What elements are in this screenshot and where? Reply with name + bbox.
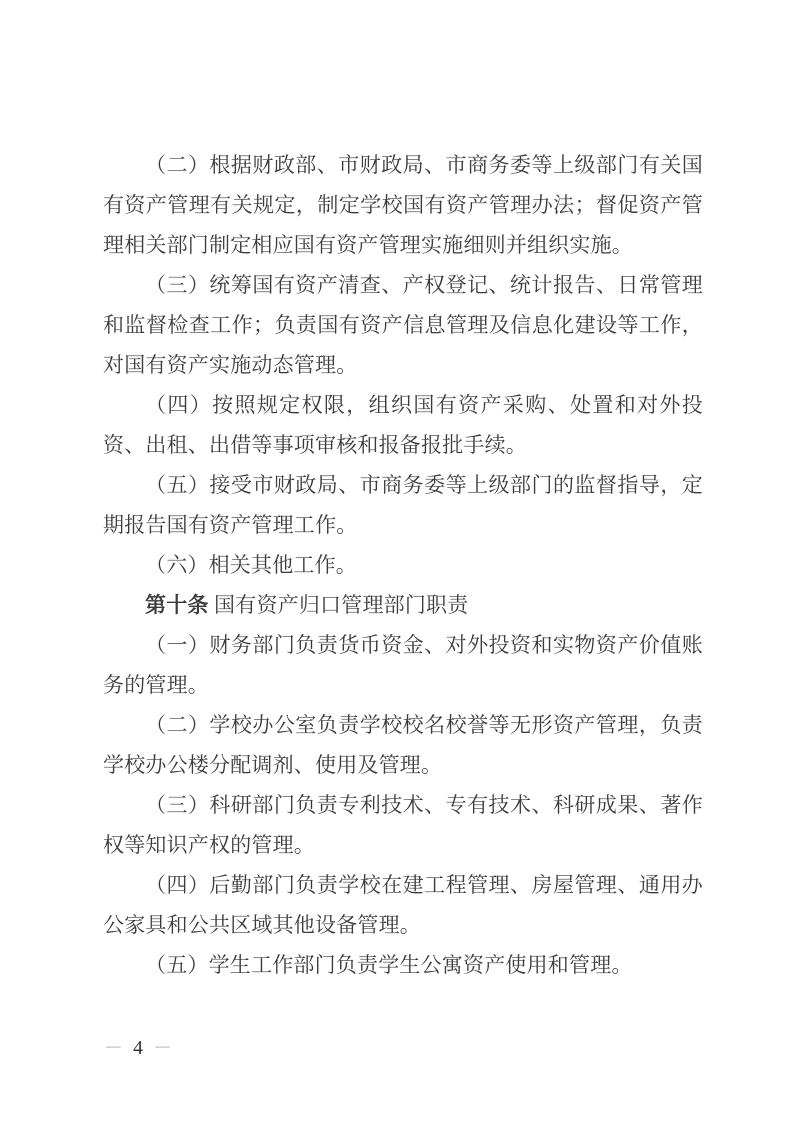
paragraph: （二）根据财政部、市财政局、市商务委等上级部门有关国有资产管理有关规定，制定学校…: [103, 145, 703, 265]
article-heading: 第十条 国有资产归口管理部门职责: [103, 585, 703, 625]
paragraph: （三）统筹国有资产清查、产权登记、统计报告、日常管理和监督检查工作；负责国有资产…: [103, 265, 703, 385]
paragraph: （一）财务部门负责货币资金、对外投资和实物资产价值账务的管理。: [103, 625, 703, 705]
document-body: （二）根据财政部、市财政局、市商务委等上级部门有关国有资产管理有关规定，制定学校…: [103, 145, 703, 985]
paragraph: （五）接受市财政局、市商务委等上级部门的监督指导，定期报告国有资产管理工作。: [103, 465, 703, 545]
document-page: （二）根据财政部、市财政局、市商务委等上级部门有关国有资产管理有关规定，制定学校…: [0, 0, 794, 1123]
page-footer: － 4 －: [104, 1033, 172, 1063]
footer-dash-left: －: [104, 1033, 123, 1060]
page-number: 4: [133, 1037, 143, 1060]
paragraph: （二）学校办公室负责学校校名校誉等无形资产管理，负责学校办公楼分配调剂、使用及管…: [103, 705, 703, 785]
article-number: 第十条: [145, 593, 209, 617]
paragraph: （五）学生工作部门负责学生公寓资产使用和管理。: [103, 945, 703, 985]
paragraph: （四）后勤部门负责学校在建工程管理、房屋管理、通用办公家具和公共区域其他设备管理…: [103, 865, 703, 945]
paragraph: （六）相关其他工作。: [103, 545, 703, 585]
paragraph: （四）按照规定权限，组织国有资产采购、处置和对外投资、出租、出借等事项审核和报备…: [103, 385, 703, 465]
footer-dash-right: －: [153, 1033, 172, 1060]
paragraph: （三）科研部门负责专利技术、专有技术、科研成果、著作权等知识产权的管理。: [103, 785, 703, 865]
